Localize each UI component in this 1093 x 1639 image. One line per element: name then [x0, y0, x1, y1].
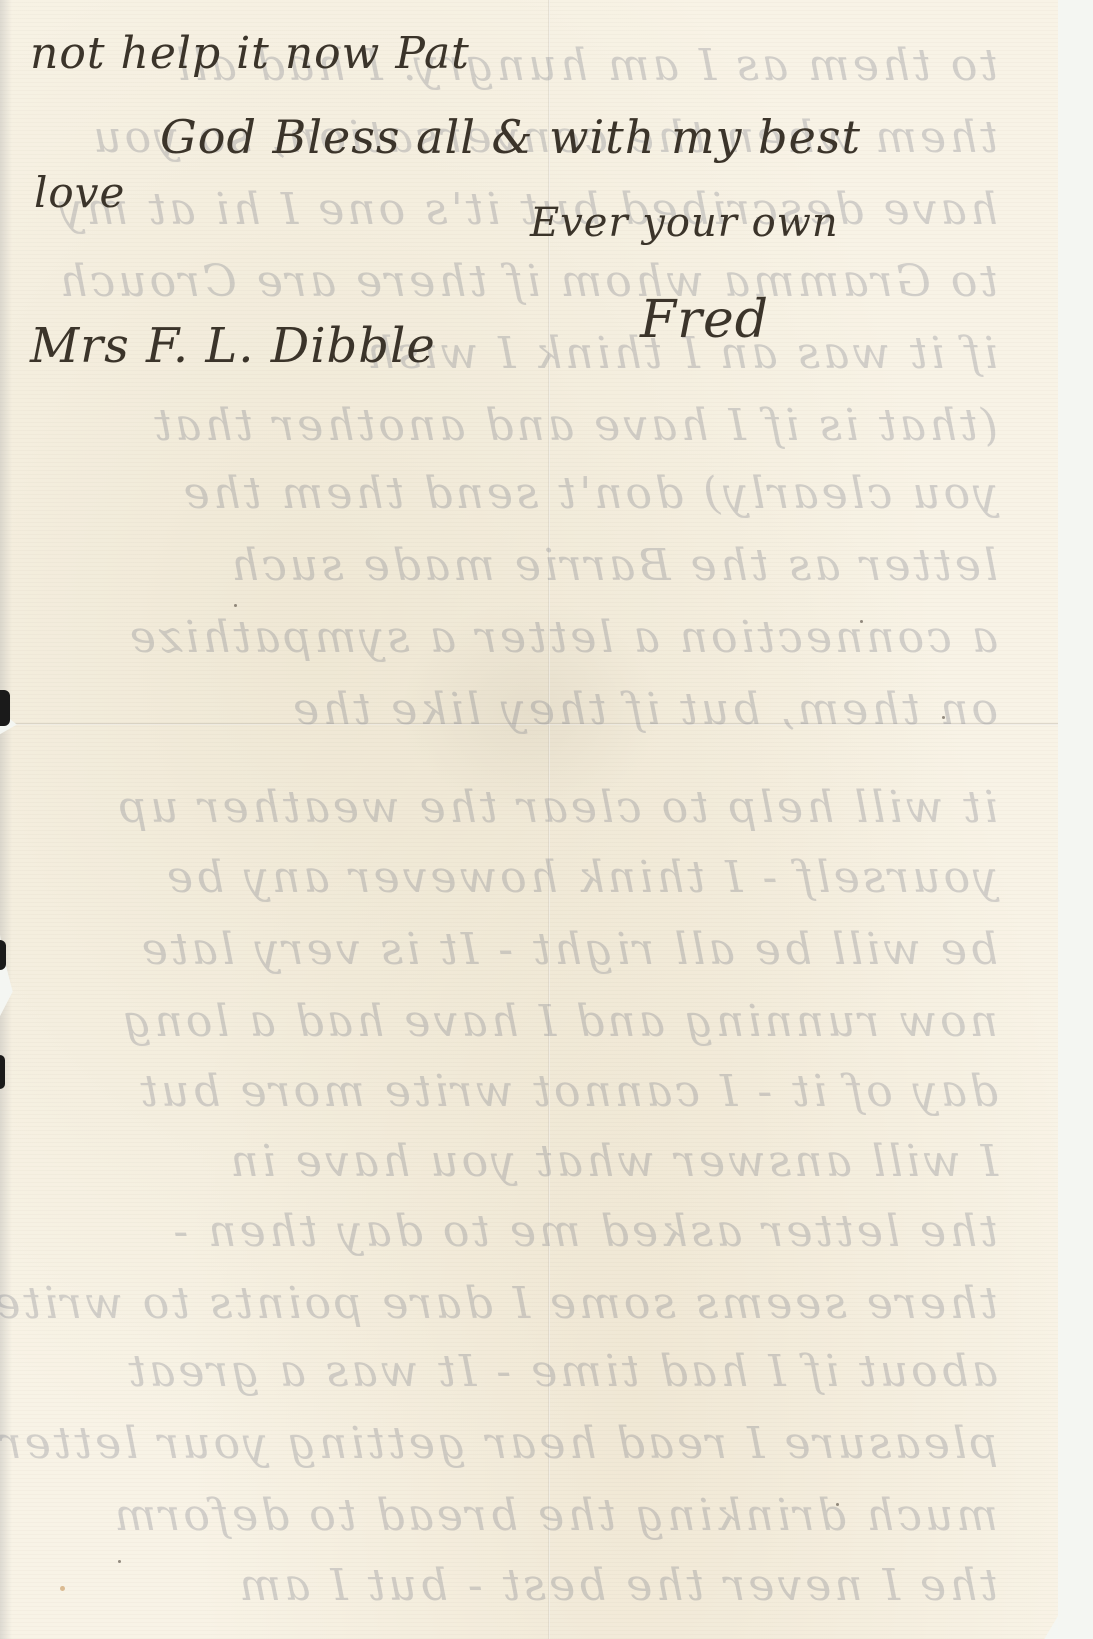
bleed-line: to Gramma whom if there are Crouch [56, 256, 998, 307]
bleed-line: the letter asked me to day then - [170, 1206, 998, 1257]
page-tear-notch [0, 690, 10, 726]
bleed-line: now running and I have had a long [120, 996, 998, 1047]
bleed-line: be will be all right - It is very late [139, 924, 998, 975]
letter-line-3: love [34, 168, 125, 217]
bleed-line: letter as the Barrie made such [228, 540, 998, 591]
letter-line-2: God Bless all & with my best [160, 110, 861, 164]
bleed-through-text: to them as I am hungry. I had all them w… [0, 0, 1058, 1639]
bleed-line: the I never the best - but I am [236, 1560, 998, 1611]
bleed-line: you clearly) don't send them the [181, 468, 998, 519]
bleed-line: have described but it's one I hi at my [56, 184, 998, 235]
letter-line-1: not help it now Pat [30, 28, 470, 79]
bleed-line: on them, but if they like the [290, 684, 998, 735]
letter-signature: Fred [640, 290, 769, 350]
bleed-line: (that is if I have and another that [151, 400, 998, 451]
bleed-line: about if I had time - It was a great [125, 1346, 998, 1397]
bleed-line: a connection a letter a sympathize [127, 612, 998, 663]
bleed-line: pleasure I read hear getting your letter… [0, 1418, 998, 1469]
letter-addressee: Mrs F. L. Dibble [30, 318, 436, 374]
page-tear-notch [0, 940, 6, 970]
letter-page: to them as I am hungry. I had all them w… [0, 0, 1058, 1639]
bleed-line: I will answer what you have in [227, 1136, 998, 1187]
bleed-line: much drinking the bread to deform [112, 1490, 998, 1541]
bleed-line: yourself - I think however any be [164, 852, 998, 903]
page-tear-notch [0, 1055, 5, 1089]
bleed-line: it will help to clear the weather up [116, 782, 998, 833]
letter-closing: Ever your own [530, 200, 839, 246]
bleed-line: day of it - I cannot write more but [137, 1066, 998, 1117]
bleed-line: there seems some I dare points to write [0, 1278, 998, 1329]
